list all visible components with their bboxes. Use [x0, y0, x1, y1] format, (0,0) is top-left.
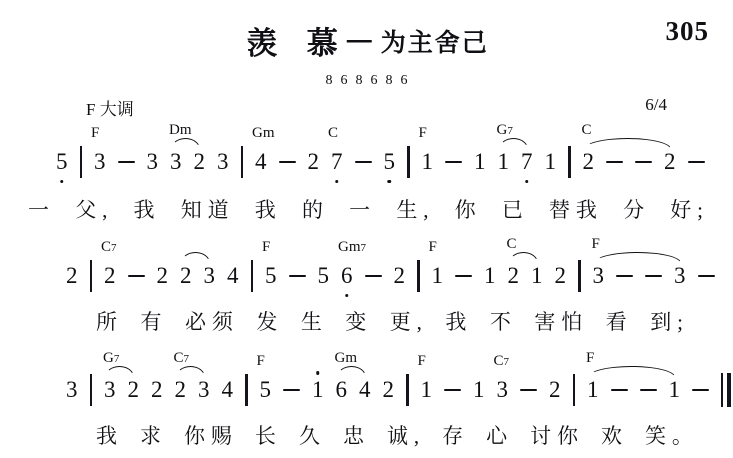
note-digit: 3C7 — [497, 376, 509, 404]
note-digit: 3 — [147, 148, 159, 176]
note-digit: 4 — [222, 376, 234, 404]
chord-label: F — [419, 126, 427, 141]
lyric-syllable: 知道 — [181, 196, 235, 224]
note-digit: 2 — [151, 376, 163, 404]
note-digit: 2 — [549, 376, 561, 404]
duration-dash — [640, 389, 657, 391]
barline — [80, 146, 83, 178]
note-digit: 3 — [204, 262, 216, 290]
lyric-syllable: 我 — [445, 308, 472, 336]
duration-dash — [688, 161, 705, 163]
barline — [578, 260, 581, 292]
lyric-syllable: 更, — [390, 308, 428, 336]
chord-label: F — [91, 126, 99, 141]
duration-dash — [692, 389, 709, 391]
note-digit: 2 — [583, 148, 595, 176]
slur-group: 64Gm — [336, 376, 371, 404]
hymn-number: 305 — [666, 16, 710, 47]
lyric-syllable: 存 — [442, 422, 469, 450]
note-digit: 2 — [157, 262, 169, 290]
duration-dash — [455, 275, 472, 277]
note-digit: 6 — [336, 376, 348, 404]
lyric-syllable: 你赐 — [184, 422, 238, 450]
note-digit: 3F — [94, 148, 106, 176]
lyrics-line-1: 一父,我知道我的一生,你已替我分好; — [28, 196, 703, 224]
lyric-syllable: 我 — [96, 422, 123, 450]
duration-dash — [279, 161, 296, 163]
slur-group: 32Dm — [170, 148, 205, 176]
lyric-syllable: 一 — [28, 196, 55, 224]
duration-dash — [611, 389, 628, 391]
chord-label: Gm — [335, 351, 358, 366]
chord-label: F — [429, 240, 437, 255]
note-digit: 3 — [170, 148, 182, 176]
time-signature: 6/4 — [645, 95, 667, 120]
lyric-syllable: 诚, — [387, 422, 425, 450]
note-digit: 2 — [66, 262, 78, 290]
barline — [251, 260, 254, 292]
lyric-syllable: 忠 — [343, 422, 370, 450]
chord-label: Gm — [252, 126, 275, 141]
lyric-syllable: 久 — [299, 422, 326, 450]
chord-label: C7 — [494, 354, 510, 370]
note-digit: 6Gm7 — [341, 262, 353, 290]
final-barline — [721, 373, 731, 407]
barline — [406, 374, 409, 406]
slur-group: 33F — [593, 262, 686, 290]
duration-dash — [444, 389, 461, 391]
duration-dash — [698, 275, 715, 277]
chord-label: G7 — [497, 123, 513, 139]
note-digit: 2 — [175, 376, 187, 404]
lyric-syllable: 一 — [349, 196, 376, 224]
note-digit: 3 — [104, 376, 116, 404]
note-digit: 1F — [432, 262, 444, 290]
note-digit: 4 — [227, 262, 239, 290]
lyric-syllable: 所 — [96, 308, 123, 336]
note-digit: 2 — [555, 262, 567, 290]
slur-group: 21C — [508, 262, 543, 290]
lyric-syllable: 笑。 — [645, 422, 699, 450]
barline — [573, 374, 576, 406]
title-row: 羡慕 — 为主舍己 — [0, 0, 733, 63]
barline — [568, 146, 571, 178]
lyric-syllable: 生, — [396, 196, 434, 224]
note-digit: 2 — [128, 376, 140, 404]
duration-dash — [616, 275, 633, 277]
duration-dash — [355, 161, 372, 163]
lyric-syllable: 替我 — [549, 196, 603, 224]
lyric-syllable: 讨你 — [530, 422, 584, 450]
note-digit: 2 — [394, 262, 406, 290]
chord-label: F — [418, 354, 426, 369]
note-digit: 2 — [308, 148, 320, 176]
notation-line-3: 332G7223C745F164Gm21F13C7211F — [66, 374, 733, 406]
lyric-syllable: 有 — [140, 308, 167, 336]
note-digit: 1 — [484, 262, 496, 290]
duration-dash — [283, 389, 300, 391]
lyric-syllable: 发 — [256, 308, 283, 336]
slur-group: 23C7 — [175, 376, 210, 404]
lyrics-line-3: 我求你赐长久忠诚,存心讨你欢笑。 — [96, 422, 693, 450]
note-digit: 1 — [531, 262, 543, 290]
note-digit: 3 — [66, 376, 78, 404]
hymn-subtitle: 为主舍己 — [381, 23, 489, 59]
chord-extension: 7 — [184, 353, 190, 365]
chord-label: C7 — [101, 240, 117, 256]
chord-label: C — [582, 123, 592, 138]
chord-label: C — [507, 237, 517, 252]
note-digit: 4 — [359, 376, 371, 404]
note-digit: 5 — [384, 148, 396, 176]
barline — [90, 260, 93, 292]
slur-group: 17G7 — [498, 148, 533, 176]
note-digit: 4Gm — [255, 148, 267, 176]
lyric-syllable: 变 — [345, 308, 372, 336]
meter-numbers: 868686 — [0, 73, 733, 89]
lyric-syllable: 心 — [486, 422, 513, 450]
note-digit: 5F — [260, 376, 272, 404]
note-digit: 2 — [194, 148, 206, 176]
note-digit: 2C7 — [104, 262, 116, 290]
lyrics-line-2: 所有必须发生变更,我不害怕看到; — [96, 308, 683, 336]
note-digit: 2 — [664, 148, 676, 176]
chord-label: Gm7 — [338, 240, 366, 256]
lyric-syllable: 的 — [302, 196, 329, 224]
lyric-syllable: 已 — [502, 196, 529, 224]
lyric-syllable: 必须 — [185, 308, 239, 336]
note-digit: 2 — [508, 262, 520, 290]
duration-dash — [445, 161, 462, 163]
lyric-syllable: 好; — [670, 196, 709, 224]
lyric-syllable: 长 — [255, 422, 282, 450]
lyric-syllable: 求 — [140, 422, 167, 450]
barline — [90, 374, 93, 406]
note-digit: 1 — [312, 376, 324, 404]
duration-dash — [289, 275, 306, 277]
lyric-syllable: 你 — [455, 196, 482, 224]
note-digit: 1 — [587, 376, 599, 404]
note-digit: 3 — [593, 262, 605, 290]
note-digit: 2 — [180, 262, 192, 290]
lyric-syllable: 我 — [255, 196, 282, 224]
chord-label: F — [257, 354, 265, 369]
barline — [407, 146, 410, 178]
barline — [245, 374, 248, 406]
slur-group: 22C — [583, 148, 676, 176]
duration-dash — [365, 275, 382, 277]
chord-label: Dm — [169, 123, 192, 138]
lyric-syllable: 欢 — [601, 422, 628, 450]
chord-label: C7 — [174, 351, 190, 367]
note-digit: 5 — [56, 148, 68, 176]
note-digit: 5 — [318, 262, 330, 290]
duration-dash — [118, 161, 135, 163]
note-digit: 1 — [498, 148, 510, 176]
key-signature: F 大调 — [86, 95, 134, 120]
slur-group: 11F — [587, 376, 680, 404]
note-digit: 3 — [674, 262, 686, 290]
lyric-syllable: 分 — [623, 196, 650, 224]
chord-label: G7 — [103, 351, 119, 367]
chord-extension: 7 — [507, 125, 513, 137]
slur-group: 32G7 — [104, 376, 139, 404]
chord-label: F — [586, 351, 594, 366]
note-digit: 1 — [474, 148, 486, 176]
note-digit: 1 — [545, 148, 557, 176]
chord-label: F — [262, 240, 270, 255]
duration-dash — [606, 161, 623, 163]
music-area: 53F332Dm34Gm27C51F117G7122C一父,我知道我的一生,你已… — [0, 146, 733, 450]
lyric-syllable: 看 — [606, 308, 633, 336]
duration-dash — [128, 275, 145, 277]
chord-label: F — [592, 237, 600, 252]
lyric-syllable: 到; — [650, 308, 689, 336]
note-digit: 7C — [331, 148, 343, 176]
chord-extension: 7 — [114, 353, 120, 365]
note-digit: 3 — [217, 148, 229, 176]
note-digit: 3 — [198, 376, 210, 404]
lyric-syllable: 害怕 — [534, 308, 588, 336]
slur-group: 23 — [180, 262, 215, 290]
barline — [241, 146, 244, 178]
chord-label: C — [328, 126, 338, 141]
notation-line-1: 53F332Dm34Gm27C51F117G7122C — [56, 146, 733, 178]
key-time-row: F 大调 6/4 — [0, 95, 733, 120]
note-digit: 1F — [421, 376, 433, 404]
chord-extension: 7 — [111, 242, 117, 254]
hymn-sheet-page: 305 羡慕 — 为主舍己 868686 F 大调 6/4 53F332Dm34… — [0, 0, 733, 458]
note-digit: 5F — [265, 262, 277, 290]
note-digit: 2 — [383, 376, 395, 404]
lyric-syllable: 不 — [490, 308, 517, 336]
lyric-syllable: 我 — [134, 196, 161, 224]
title-dash: — — [347, 26, 372, 55]
note-digit: 1 — [669, 376, 681, 404]
duration-dash — [520, 389, 537, 391]
chord-extension: 7 — [504, 356, 510, 368]
note-digit: 1 — [473, 376, 485, 404]
duration-dash — [635, 161, 652, 163]
note-digit: 1F — [422, 148, 434, 176]
barline — [417, 260, 420, 292]
note-digit: 7 — [521, 148, 533, 176]
lyric-syllable: 生 — [301, 308, 328, 336]
chord-extension: 7 — [361, 242, 367, 254]
duration-dash — [645, 275, 662, 277]
notation-line-2: 22C722345F56Gm721F121C233F — [66, 260, 733, 292]
lyric-syllable: 父, — [75, 196, 113, 224]
